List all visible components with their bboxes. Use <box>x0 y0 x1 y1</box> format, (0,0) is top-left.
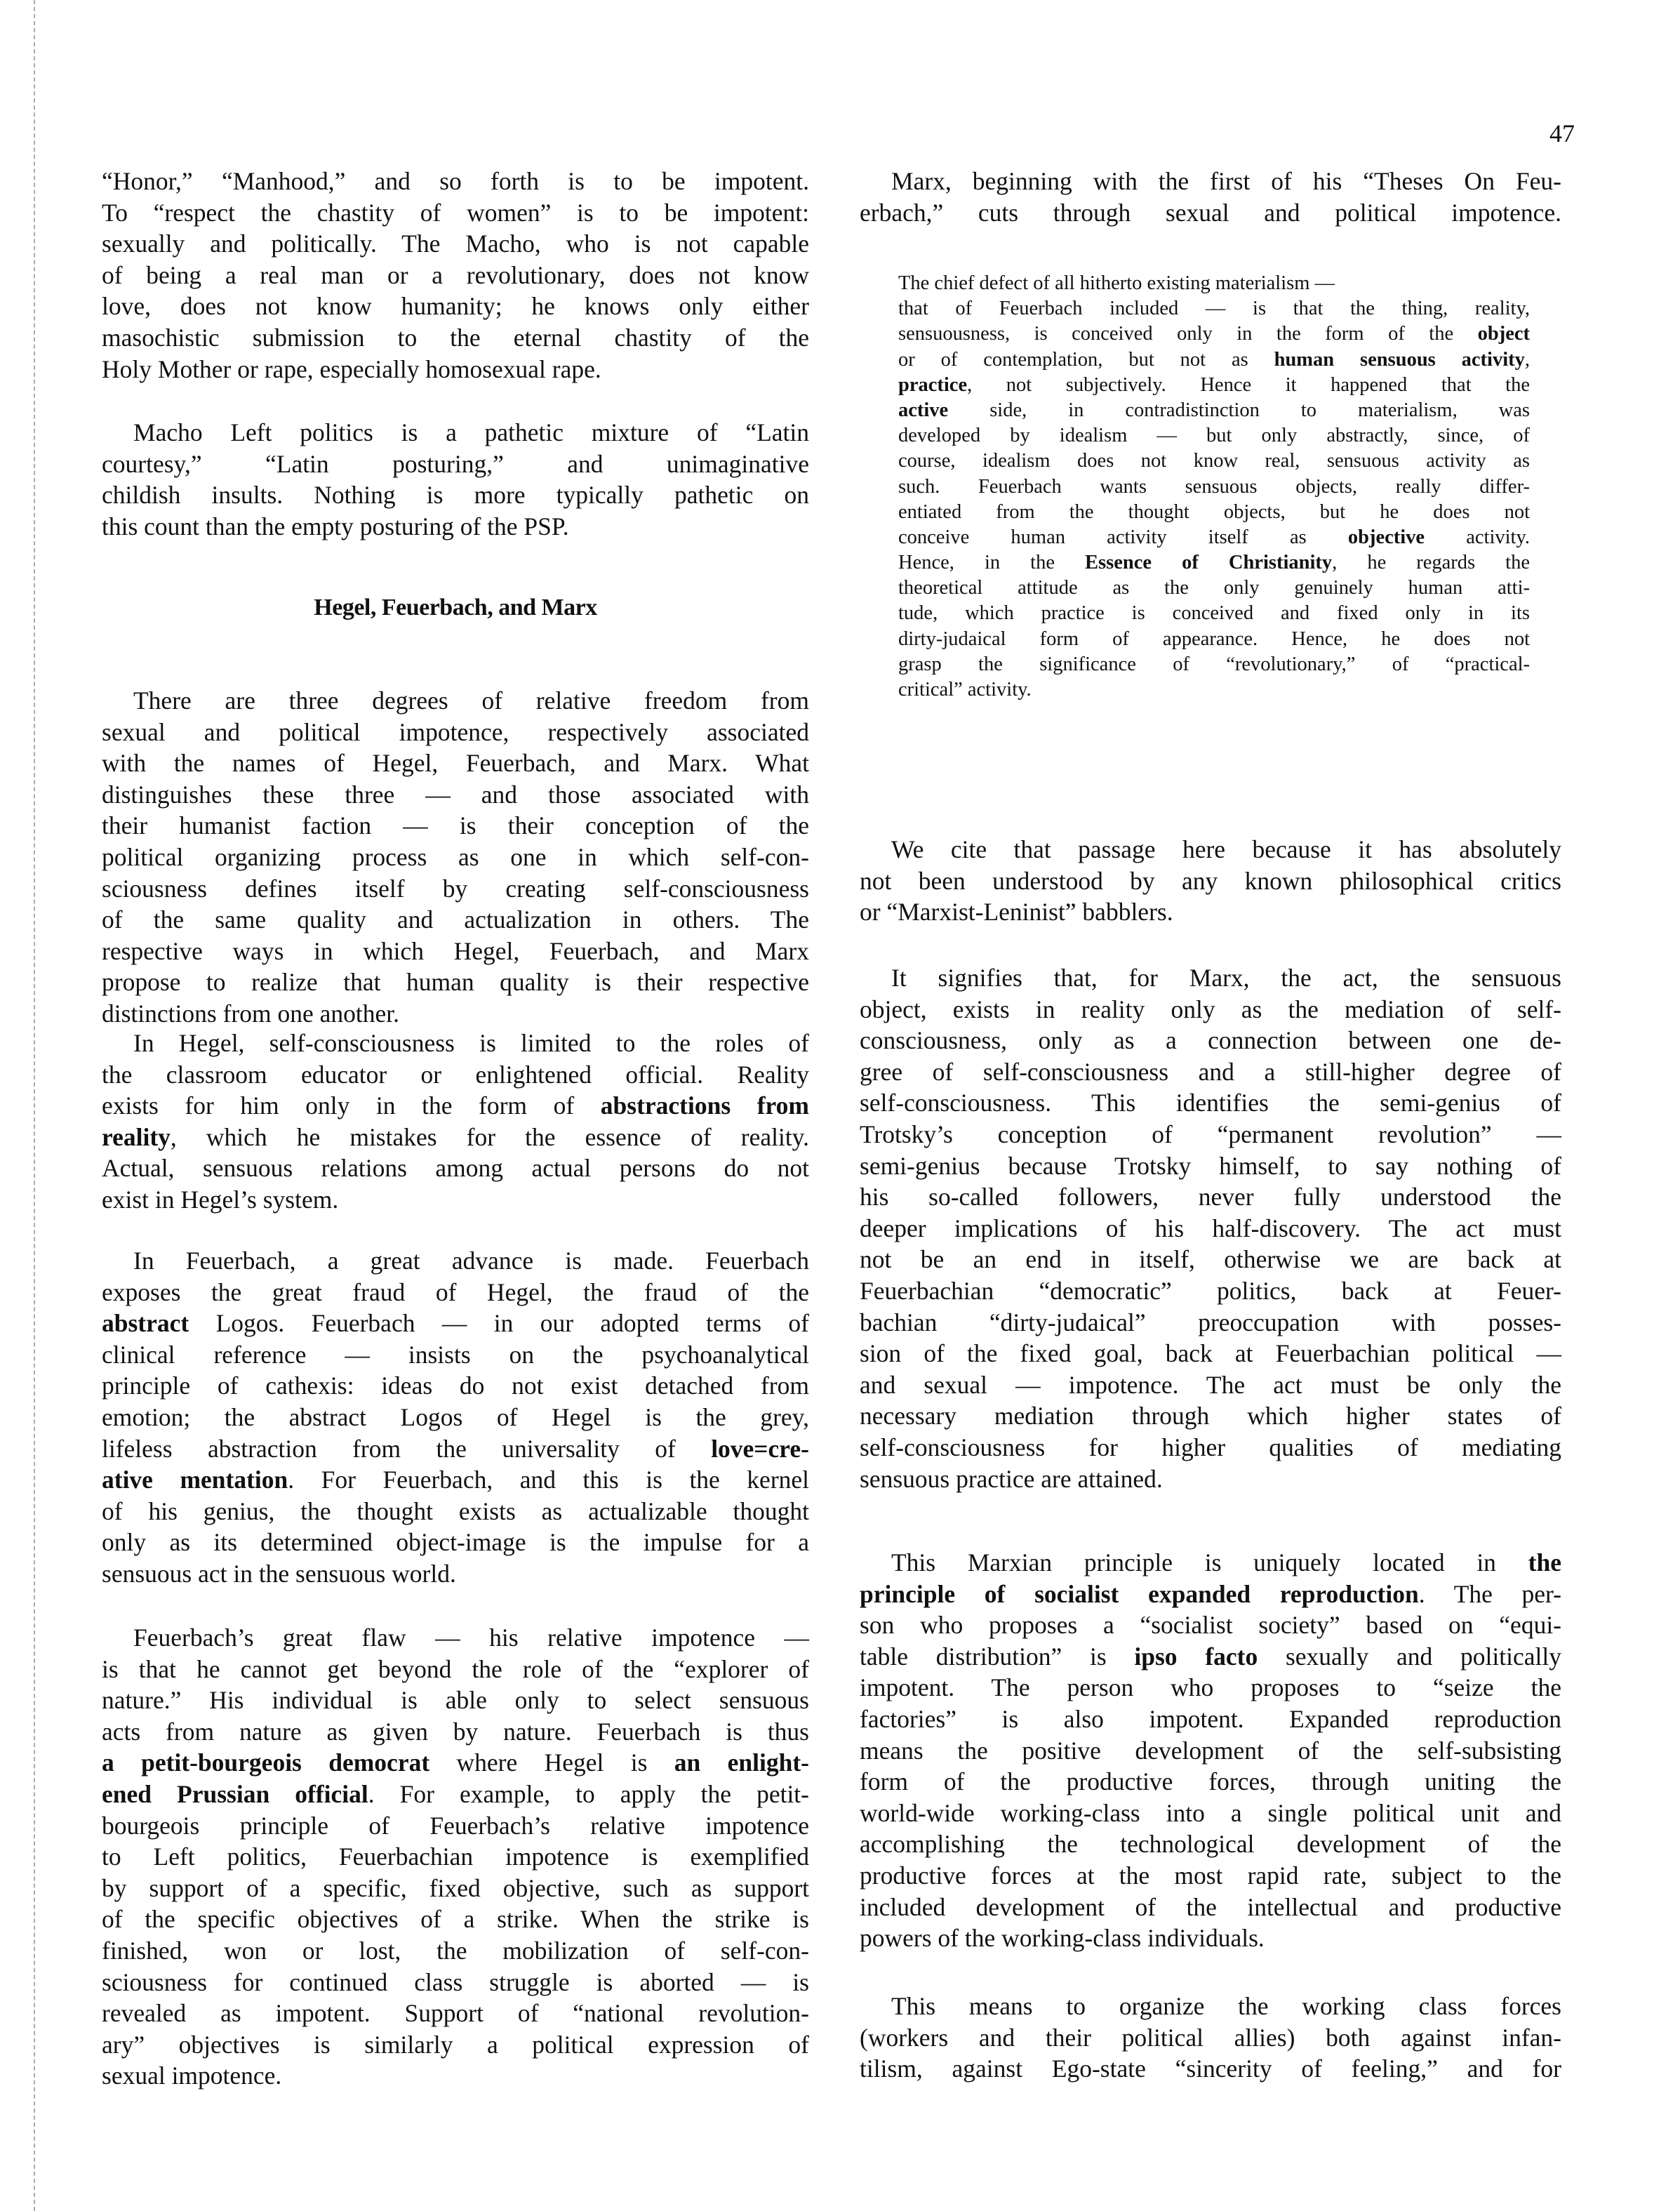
text-line: exist in Hegel’s system. <box>102 1184 809 1216</box>
text-run: . The per- <box>1419 1580 1561 1608</box>
text-line: To “respect the chastity of women” is to… <box>102 197 809 229</box>
emphasis-text: Essence of Christianity <box>1085 552 1332 573</box>
text-line: In Hegel, self-consciousness is limited … <box>102 1028 809 1059</box>
text-line: Actual, sensuous relations among actual … <box>102 1153 809 1184</box>
text-line: course, idealism does not know real, sen… <box>898 449 1530 474</box>
text-line: of the specific objectives of a strike. … <box>102 1904 809 1935</box>
paragraph-feuerbach-advance: In Feuerbach, a great advance is made. F… <box>102 1245 809 1590</box>
text-line: distinguishes these three — and those as… <box>102 779 809 811</box>
text-run: activity. <box>1425 526 1530 548</box>
text-line: son who proposes a “socialist society” b… <box>860 1609 1561 1641</box>
text-line: critical” activity. <box>898 677 1530 703</box>
text-line: that of Feuerbach included — is that the… <box>898 296 1530 321</box>
text-line: principle of cathexis: ideas do not exis… <box>102 1370 809 1402</box>
text-line: not be an end in itself, otherwise we ar… <box>860 1244 1561 1275</box>
text-line: not been understood by any known philoso… <box>860 865 1561 897</box>
text-line: is that he cannot get beyond the role of… <box>102 1654 809 1685</box>
text-run: , not subjectively. Hence it happened th… <box>967 374 1530 396</box>
text-line: or of contemplation, but not as human se… <box>898 347 1530 373</box>
paragraph-marxian-principle: This Marxian principle is uniquely locat… <box>860 1547 1561 1954</box>
text-line: The chief defect of all hitherto existin… <box>898 271 1530 296</box>
text-line: Feuerbach’s great flaw — his relative im… <box>102 1622 809 1654</box>
text-line: tilism, against Ego-state “sincerity of … <box>860 2053 1561 2085</box>
text-line: sion of the fixed goal, back at Feuerbac… <box>860 1338 1561 1369</box>
text-run: lifeless abstraction from the universali… <box>102 1435 711 1463</box>
paragraph-honor-manhood: “Honor,” “Manhood,” and so forth is to b… <box>102 166 809 385</box>
text-run: This Marxian principle is uniquely locat… <box>891 1548 1528 1576</box>
emphasis-text: human sensuous activity <box>1274 349 1525 371</box>
text-line: means the positive development of the se… <box>860 1735 1561 1767</box>
paragraph-feuerbach-flaw: Feuerbach’s great flaw — his relative im… <box>102 1622 809 2092</box>
text-line: acts from nature as given by nature. Feu… <box>102 1716 809 1748</box>
emphasis-text: active <box>898 399 948 421</box>
text-line: This means to organize the working class… <box>860 1991 1561 2022</box>
text-run: or of contemplation, but not as <box>898 349 1274 371</box>
text-line: sciousness defines itself by creating se… <box>102 873 809 905</box>
text-line: world-wide working-class into a single p… <box>860 1798 1561 1829</box>
text-line: Trotsky’s conception of “permanent revol… <box>860 1119 1561 1150</box>
text-run: . For example, to apply the petit- <box>368 1780 809 1808</box>
text-line: dirty-judaical form of appearance. Hence… <box>898 627 1530 652</box>
text-line: gree of self-consciousness and a still-h… <box>860 1056 1561 1088</box>
text-line: of being a real man or a revolutionary, … <box>102 260 809 291</box>
text-line: powers of the working-class individuals. <box>860 1923 1561 1954</box>
text-line: ative mentation. For Feuerbach, and this… <box>102 1464 809 1496</box>
text-line: sexually and politically. The Macho, who… <box>102 228 809 260</box>
text-line: In Feuerbach, a great advance is made. F… <box>102 1245 809 1277</box>
text-line: propose to realize that human quality is… <box>102 967 809 998</box>
text-line: exists for him only in the form of abstr… <box>102 1090 809 1122</box>
text-line: deeper implications of his half-discover… <box>860 1213 1561 1244</box>
emphasis-text: practice <box>898 374 967 396</box>
text-run: where Hegel is <box>429 1748 674 1777</box>
text-line: by support of a specific, fixed objectiv… <box>102 1873 809 1904</box>
text-run: sexually and politically <box>1258 1642 1561 1671</box>
text-line: this count than the empty posturing of t… <box>102 511 809 543</box>
text-run: conceive human activity itself as <box>898 526 1348 548</box>
text-line: exposes the great fraud of Hegel, the fr… <box>102 1277 809 1308</box>
emphasis-text: object <box>1478 323 1530 345</box>
text-line: consciousness, only as a connection betw… <box>860 1025 1561 1056</box>
text-line: bourgeois principle of Feuerbach’s relat… <box>102 1810 809 1842</box>
text-line: practice, not subjectively. Hence it hap… <box>898 373 1530 398</box>
text-line: (workers and their political allies) bot… <box>860 2022 1561 2054</box>
text-line: and sexual — impotence. The act must be … <box>860 1369 1561 1401</box>
text-line: his so-called followers, never fully und… <box>860 1181 1561 1213</box>
text-line: masochistic submission to the eternal ch… <box>102 322 809 354</box>
paragraph-marx-theses: Marx, beginning with the first of his “T… <box>860 166 1561 228</box>
text-line: to Left politics, Feuerbachian impotence… <box>102 1841 809 1873</box>
text-line: self-consciousness. This identifies the … <box>860 1087 1561 1119</box>
text-line: the classroom educator or enlightened of… <box>102 1059 809 1091</box>
text-run: sensuousness, is conceived only in the f… <box>898 323 1478 345</box>
emphasis-text: ative mentation <box>102 1466 288 1494</box>
text-line: or “Marxist-Leninist” babblers. <box>860 896 1561 928</box>
text-line: entiated from the thought objects, but h… <box>898 500 1530 525</box>
text-line: factories” is also impotent. Expanded re… <box>860 1704 1561 1735</box>
text-line: of his genius, the thought exists as act… <box>102 1496 809 1527</box>
emphasis-text: the <box>1528 1548 1561 1576</box>
text-line: emotion; the abstract Logos of Hegel is … <box>102 1402 809 1433</box>
text-line: necessary mediation through which higher… <box>860 1400 1561 1432</box>
text-line: their humanist faction — is their concep… <box>102 810 809 842</box>
paragraph-it-signifies: It signifies that, for Marx, the act, th… <box>860 962 1561 1494</box>
text-line: sexual and political impotence, respecti… <box>102 717 809 748</box>
text-line: only as its determined object-image is t… <box>102 1527 809 1558</box>
text-line: ary” objectives is similarly a political… <box>102 2029 809 2061</box>
text-line: included development of the intellectual… <box>860 1892 1561 1923</box>
text-line: principle of socialist expanded reproduc… <box>860 1579 1561 1610</box>
text-line: form of the productive forces, through u… <box>860 1766 1561 1798</box>
text-line: conceive human activity itself as object… <box>898 525 1530 550</box>
text-line: theoretical attitude as the only genuine… <box>898 576 1530 601</box>
text-line: sensuous practice are attained. <box>860 1463 1561 1495</box>
text-line: Holy Mother or rape, especially homosexu… <box>102 354 809 385</box>
emphasis-text: an enlight- <box>674 1748 809 1777</box>
text-line: distinctions from one another. <box>102 998 809 1030</box>
text-line: We cite that passage here because it has… <box>860 834 1561 865</box>
text-line: lifeless abstraction from the universali… <box>102 1433 809 1465</box>
emphasis-text: abstractions from <box>601 1091 809 1120</box>
text-line: table distribution” is ipso facto sexual… <box>860 1641 1561 1673</box>
emphasis-text: reality <box>102 1123 171 1151</box>
text-run: exists for him only in the form of <box>102 1091 601 1120</box>
emphasis-text: a petit-bourgeois democrat <box>102 1748 429 1777</box>
text-line: accomplishing the technological developm… <box>860 1828 1561 1860</box>
paragraph-three-degrees: There are three degrees of relative free… <box>102 685 809 1030</box>
text-line: revealed as impotent. Support of “nation… <box>102 1998 809 2029</box>
text-line: with the names of Hegel, Feuerbach, and … <box>102 748 809 779</box>
text-run: , <box>1525 349 1530 371</box>
text-run: . For Feuerbach, and this is the kernel <box>288 1466 809 1494</box>
text-line: such. Feuerbach wants sensuous objects, … <box>898 474 1530 500</box>
text-line: courtesy,” “Latin posturing,” and unimag… <box>102 449 809 480</box>
text-line: grasp the significance of “revolutionary… <box>898 652 1530 677</box>
scan-margin-rule <box>34 0 35 2211</box>
text-line: sensuous act in the sensuous world. <box>102 1558 809 1590</box>
text-line: Macho Left politics is a pathetic mixtur… <box>102 417 809 449</box>
emphasis-text: ipso facto <box>1134 1642 1258 1671</box>
text-line: self-consciousness for higher qualities … <box>860 1432 1561 1463</box>
paragraph-organize-working-class: This means to organize the working class… <box>860 1991 1561 2085</box>
text-line: sensuousness, is conceived only in the f… <box>898 321 1530 347</box>
text-line: Hence, in the Essence of Christianity, h… <box>898 550 1530 576</box>
text-line: active side, in contradistinction to mat… <box>898 398 1530 423</box>
text-line: There are three degrees of relative free… <box>102 685 809 717</box>
text-line: a petit-bourgeois democrat where Hegel i… <box>102 1747 809 1779</box>
text-line: “Honor,” “Manhood,” and so forth is to b… <box>102 166 809 197</box>
text-line: productive forces at the most rapid rate… <box>860 1860 1561 1892</box>
text-run: , which he mistakes for the essence of r… <box>171 1123 809 1151</box>
text-run: table distribution” is <box>860 1642 1134 1671</box>
text-line: nature.” His individual is able only to … <box>102 1685 809 1716</box>
text-line: respective ways in which Hegel, Feuerbac… <box>102 936 809 967</box>
block-quote-theses-on-feuerbach: The chief defect of all hitherto existin… <box>898 271 1530 703</box>
text-line: object, exists in reality only as the me… <box>860 994 1561 1025</box>
page-number: 47 <box>1549 119 1575 147</box>
text-line: This Marxian principle is uniquely locat… <box>860 1547 1561 1579</box>
text-line: sciousness for continued class struggle … <box>102 1967 809 1998</box>
text-line: bachian “dirty-judaical” preoccupation w… <box>860 1307 1561 1339</box>
emphasis-text: abstract <box>102 1309 189 1337</box>
text-line: erbach,” cuts through sexual and politic… <box>860 197 1561 229</box>
text-line: childish insults. Nothing is more typica… <box>102 479 809 511</box>
emphasis-text: principle of socialist expanded reproduc… <box>860 1580 1419 1608</box>
section-heading: Hegel, Feuerbach, and Marx <box>102 592 809 623</box>
text-line: political organizing process as one in w… <box>102 842 809 873</box>
text-line: love, does not know humanity; he knows o… <box>102 291 809 322</box>
text-line: Marx, beginning with the first of his “T… <box>860 166 1561 197</box>
text-line: impotent. The person who proposes to “se… <box>860 1672 1561 1704</box>
text-line: abstract Logos. Feuerbach — in our adopt… <box>102 1308 809 1339</box>
text-run: Logos. Feuerbach — in our adopted terms … <box>189 1309 809 1337</box>
text-line: of the same quality and actualization in… <box>102 904 809 936</box>
text-line: developed by idealism — but only abstrac… <box>898 423 1530 449</box>
text-run: side, in contradistinction to materialis… <box>948 399 1530 421</box>
emphasis-text: ened Prussian official <box>102 1780 368 1808</box>
text-line: semi-genius because Trotsky himself, to … <box>860 1150 1561 1182</box>
text-line: tude, which practice is conceived and fi… <box>898 601 1530 626</box>
text-line: sexual impotence. <box>102 2060 809 2092</box>
paragraph-macho-left: Macho Left politics is a pathetic mixtur… <box>102 417 809 542</box>
text-run: Hence, in the <box>898 552 1085 573</box>
text-line: clinical reference — insists on the psyc… <box>102 1339 809 1371</box>
emphasis-text: objective <box>1348 526 1425 548</box>
text-line: It signifies that, for Marx, the act, th… <box>860 962 1561 994</box>
paragraph-hegel: In Hegel, self-consciousness is limited … <box>102 1028 809 1216</box>
text-line: ened Prussian official. For example, to … <box>102 1779 809 1810</box>
emphasis-text: love=cre- <box>711 1435 809 1463</box>
text-line: Feuerbachian “democratic” politics, back… <box>860 1275 1561 1307</box>
text-line: reality, which he mistakes for the essen… <box>102 1122 809 1153</box>
paragraph-cite-passage: We cite that passage here because it has… <box>860 834 1561 928</box>
text-line: finished, won or lost, the mobilization … <box>102 1935 809 1967</box>
text-run: , he regards the <box>1332 552 1530 573</box>
